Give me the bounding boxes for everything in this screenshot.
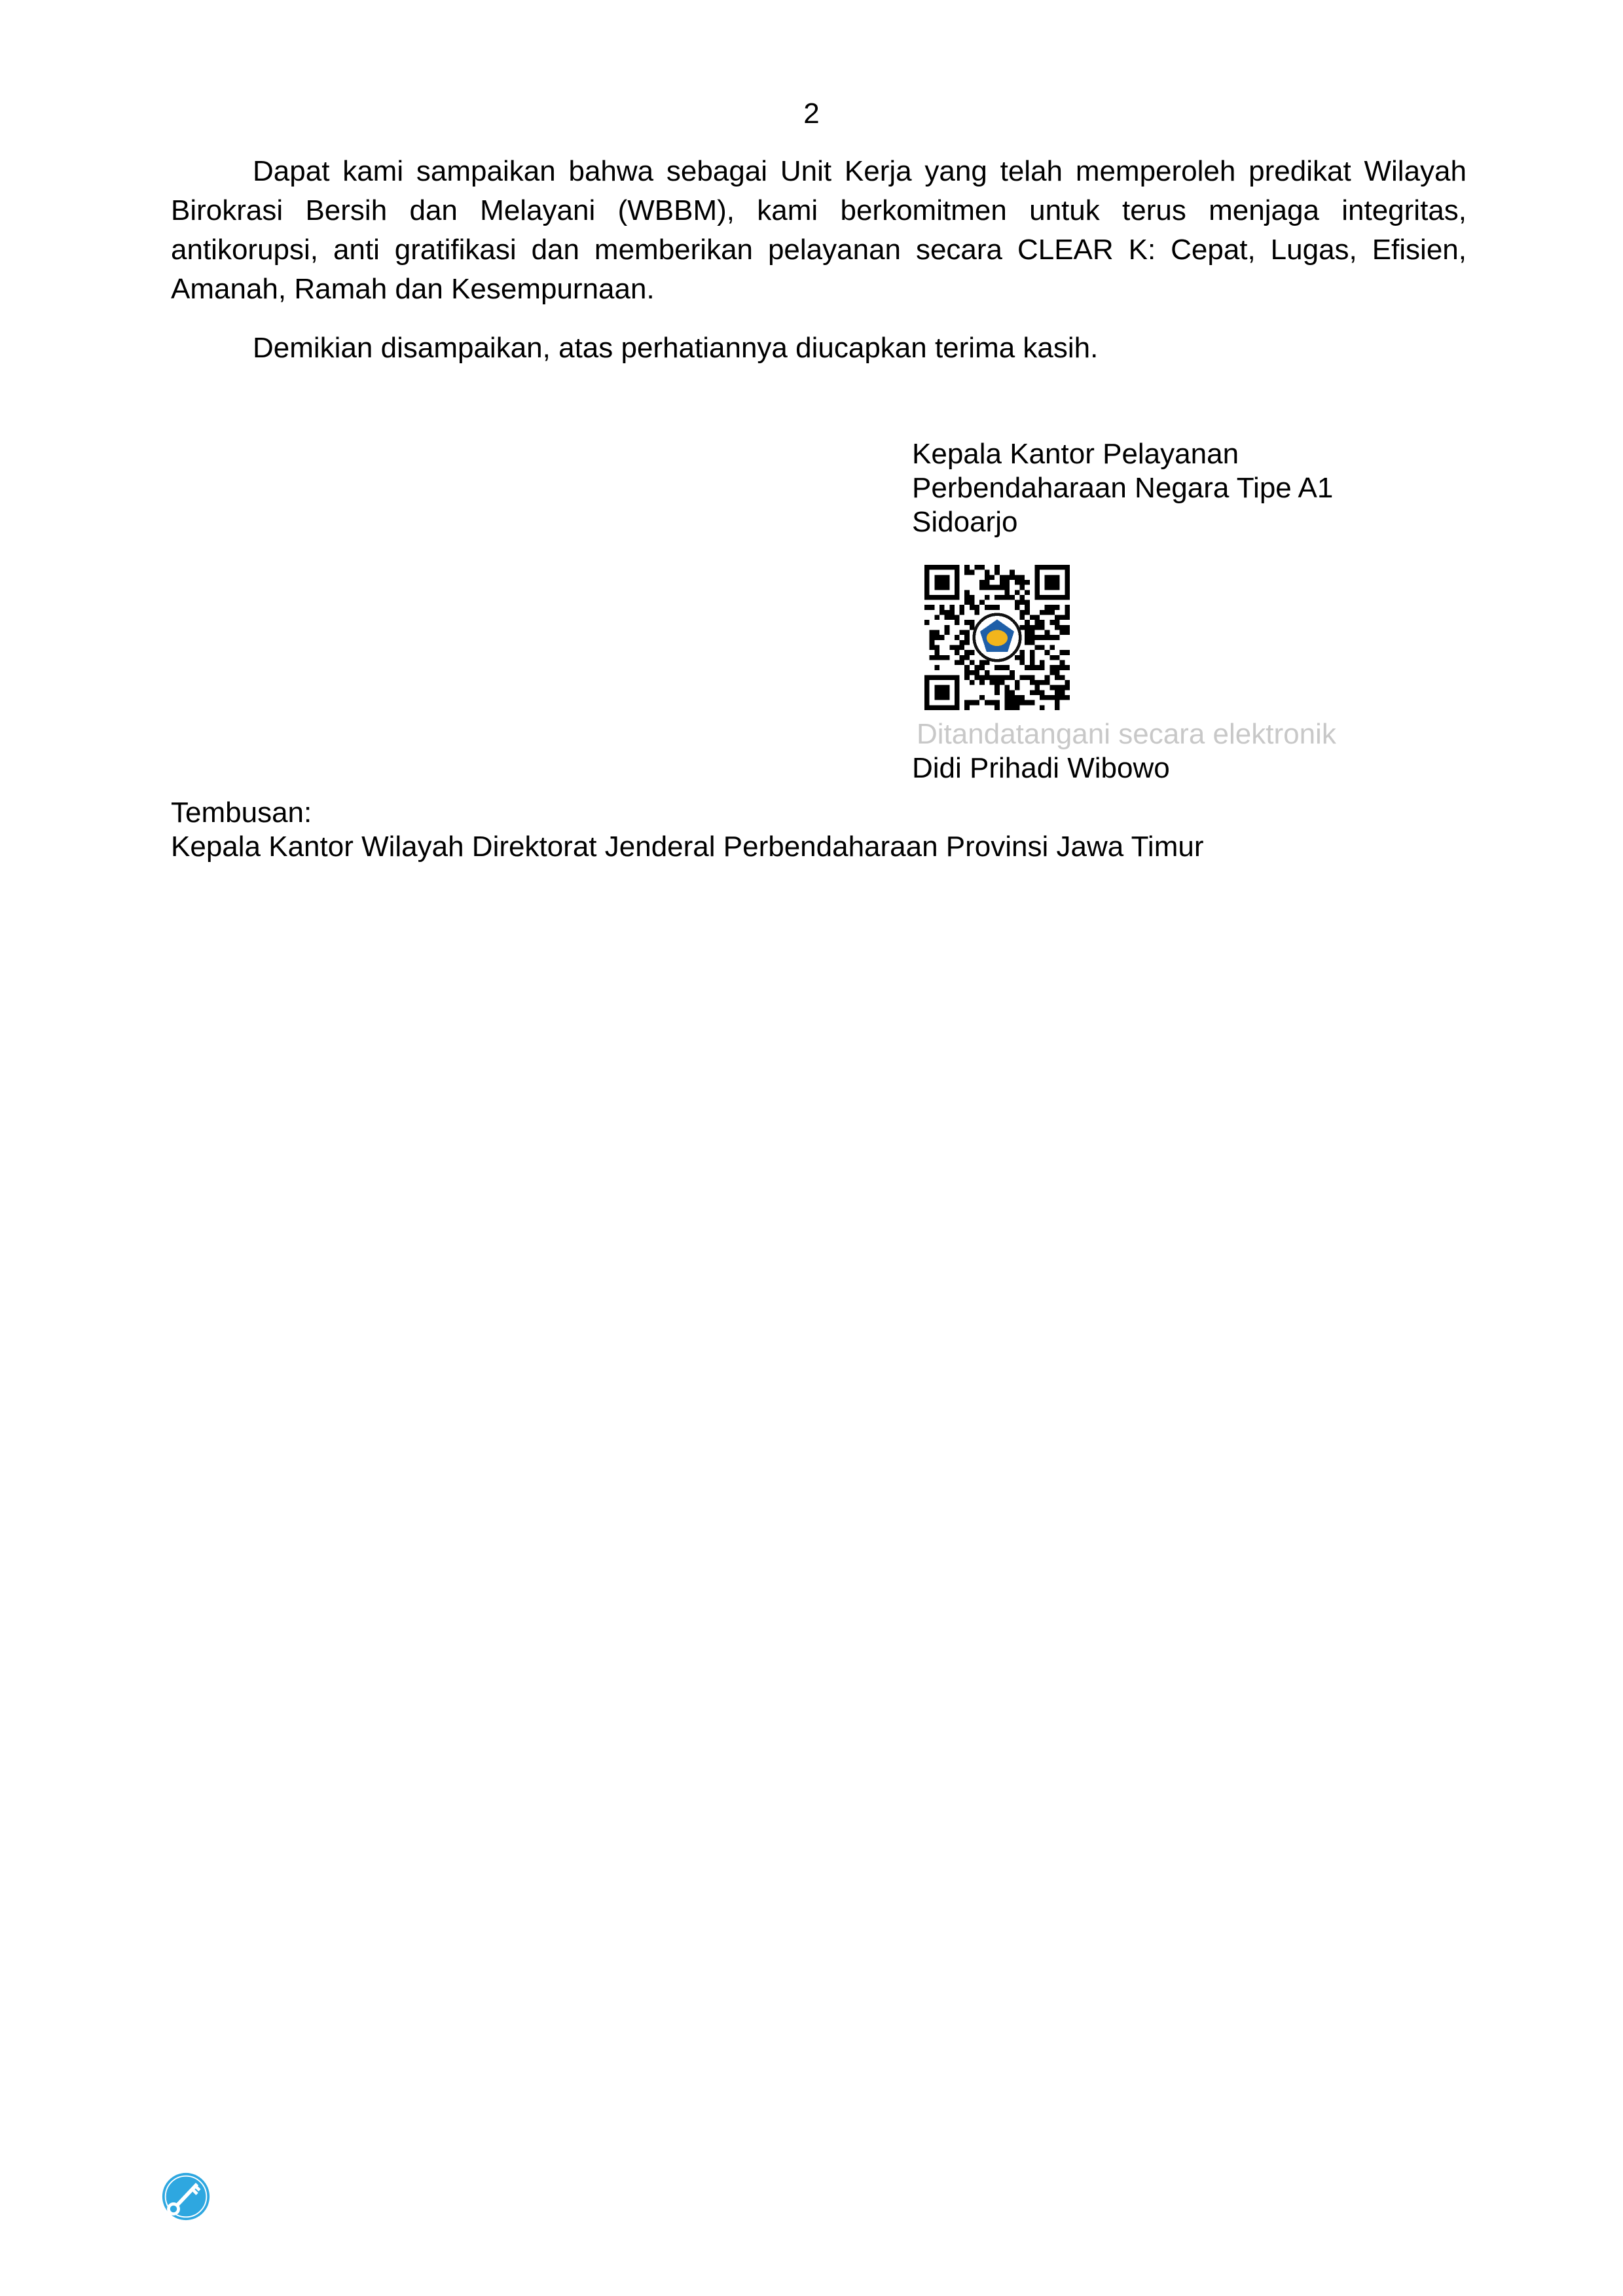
body-paragraph-closing: Demikian disampaikan, atas perhatiannya … (171, 329, 1467, 368)
signature-title-line: Perbendaharaan Negara Tipe A1 (912, 471, 1410, 505)
qr-code-icon (924, 565, 1070, 710)
carbon-copy-recipient: Kepala Kantor Wilayah Direktorat Jendera… (171, 830, 1203, 864)
signature-title-line: Sidoarjo (912, 505, 1410, 539)
body-paragraph-commitment: Dapat kami sampaikan bahwa sebagai Unit … (171, 152, 1467, 309)
electronic-signature-note: Ditandatangani secara elektronik (917, 717, 1336, 751)
signer-name: Didi Prihadi Wibowo (912, 751, 1170, 785)
signature-qr-code (924, 565, 1070, 710)
page-number: 2 (0, 97, 1623, 131)
signature-title-block: Kepala Kantor Pelayanan Perbendaharaan N… (912, 437, 1410, 539)
signature-title-line: Kepala Kantor Pelayanan (912, 437, 1410, 471)
carbon-copy-label: Tembusan: (171, 796, 312, 830)
e-signature-key-icon (161, 2172, 211, 2221)
